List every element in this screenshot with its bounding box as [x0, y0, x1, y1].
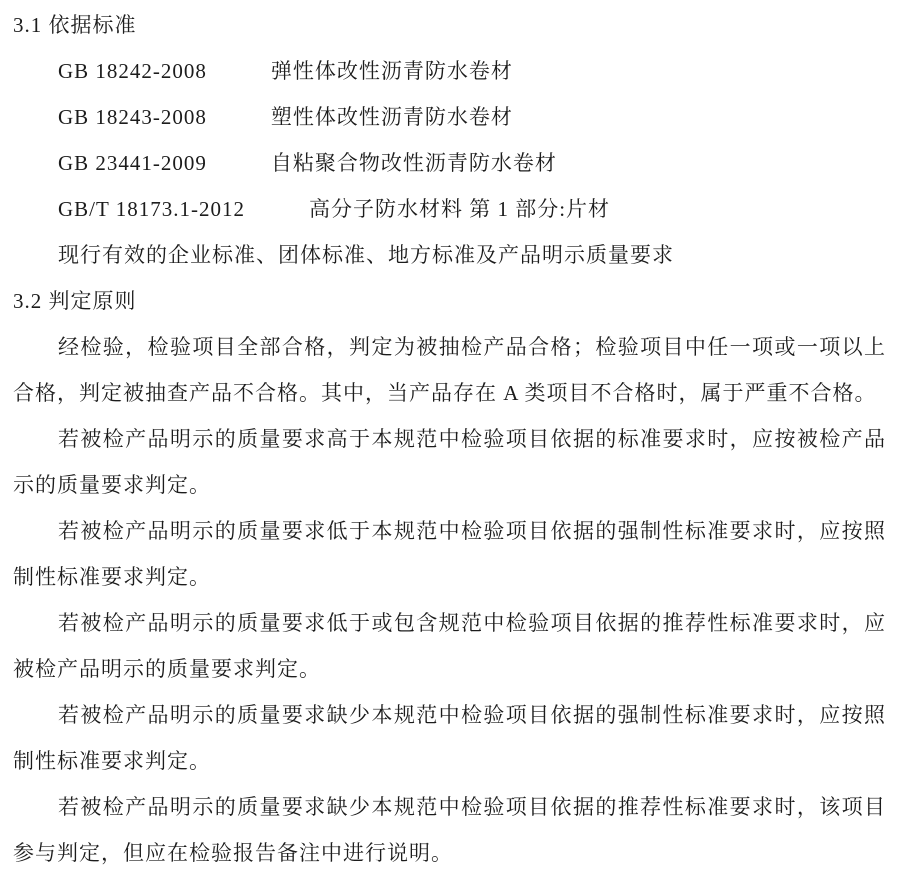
paragraph-line: 被检产品明示的质量要求判定。 [0, 646, 900, 692]
standard-title: 塑性体改性沥青防水卷材 [271, 94, 513, 140]
paragraph-line: 经检验，检验项目全部合格，判定为被抽检产品合格；检验项目中任一项或一项以上不 [0, 324, 900, 370]
paragraph-line: 若被检产品明示的质量要求低于或包含规范中检验项目依据的推荐性标准要求时，应以 [0, 600, 900, 646]
paragraph-line: 参与判定，但应在检验报告备注中进行说明。 [0, 830, 900, 876]
standard-row: GB 18242-2008 弹性体改性沥青防水卷材 [0, 48, 900, 94]
document-page: 3.1 依据标准 GB 18242-2008 弹性体改性沥青防水卷材 GB 18… [0, 0, 900, 877]
paragraph-line: 示的质量要求判定。 [0, 462, 900, 508]
standard-title: 自粘聚合物改性沥青防水卷材 [271, 140, 557, 186]
standard-code: GB 23441-2009 [58, 140, 207, 186]
paragraph-line: 若被检产品明示的质量要求缺少本规范中检验项目依据的推荐性标准要求时，该项目不 [0, 784, 900, 830]
standards-note: 现行有效的企业标准、团体标准、地方标准及产品明示质量要求 [0, 232, 900, 278]
standard-title: 高分子防水材料 第 1 部分:片材 [309, 186, 610, 232]
paragraph-line: 合格，判定被抽查产品不合格。其中，当产品存在 A 类项目不合格时，属于严重不合格… [0, 370, 900, 416]
section-3-1-heading: 3.1 依据标准 [0, 2, 900, 48]
paragraph-line: 若被检产品明示的质量要求缺少本规范中检验项目依据的强制性标准要求时，应按照强 [0, 692, 900, 738]
paragraph-line: 若被检产品明示的质量要求低于本规范中检验项目依据的强制性标准要求时，应按照强 [0, 508, 900, 554]
standard-code: GB 18242-2008 [58, 48, 207, 94]
standard-row: GB/T 18173.1-2012 高分子防水材料 第 1 部分:片材 [0, 186, 900, 232]
standard-code: GB 18243-2008 [58, 94, 207, 140]
paragraph-line: 若被检产品明示的质量要求高于本规范中检验项目依据的标准要求时，应按被检产品明 [0, 416, 900, 462]
paragraph-line: 制性标准要求判定。 [0, 554, 900, 600]
section-3-2-heading: 3.2 判定原则 [0, 278, 900, 324]
paragraph-line: 制性标准要求判定。 [0, 738, 900, 784]
standard-row: GB 18243-2008 塑性体改性沥青防水卷材 [0, 94, 900, 140]
standard-title: 弹性体改性沥青防水卷材 [271, 48, 513, 94]
standard-row: GB 23441-2009 自粘聚合物改性沥青防水卷材 [0, 140, 900, 186]
standard-code: GB/T 18173.1-2012 [58, 186, 245, 232]
